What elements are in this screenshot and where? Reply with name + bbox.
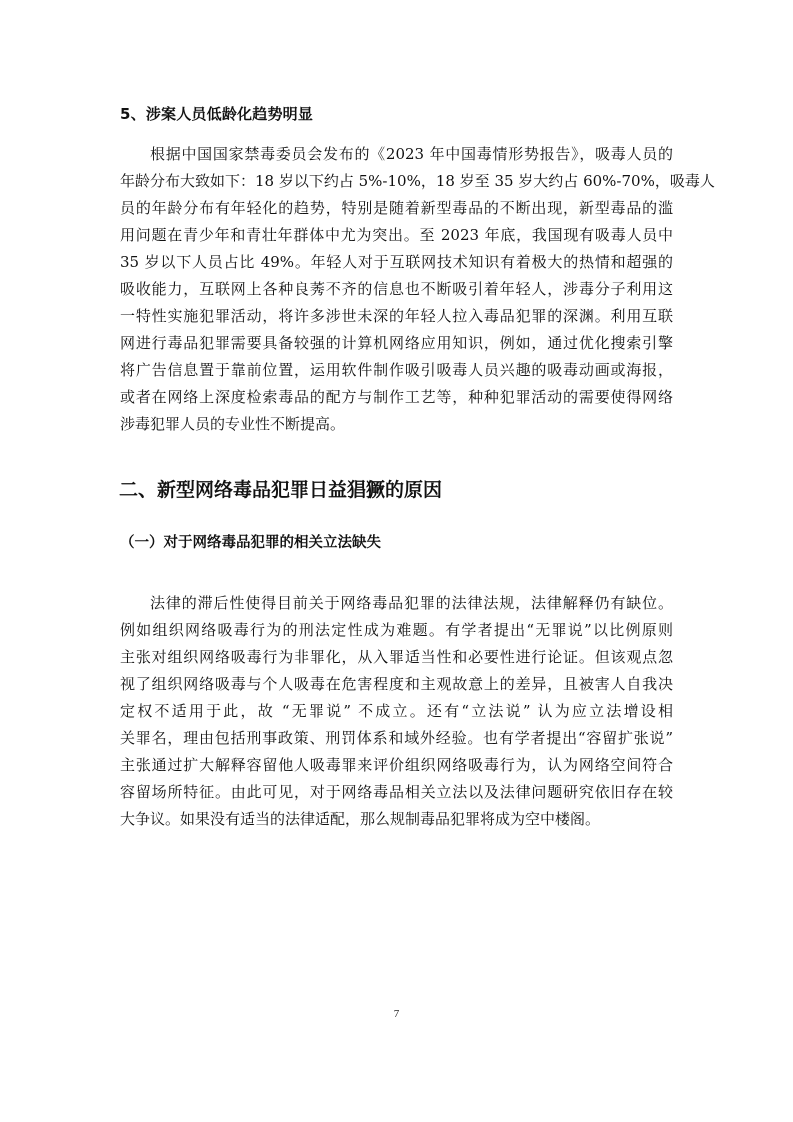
paragraph-legislation-gap: 法律的滞后性使得目前关于网络毒品犯罪的法律法规，法律解释仍有缺位。 例如组织网络…: [120, 590, 673, 833]
paragraph-line: 主张对组织网络吸毒行为非罪化，从入罪适当性和必要性进行论证。但该观点忽: [120, 644, 673, 671]
paragraph-line: 35 岁以下人员占比 49%。年轻人对于互联网技术知识有着极大的热情和超强的: [120, 249, 673, 276]
paragraph-line: 或者在网络上深度检索毒品的配方与制作工艺等，种种犯罪活动的需要使得网络: [120, 384, 673, 411]
paragraph-line: 主张通过扩大解释容留他人吸毒罪来评价组织网络吸毒行为，认为网络空间符合: [120, 752, 673, 779]
paragraph-line: 大争议。如果没有适当的法律适配，那么规制毒品犯罪将成为空中楼阁。: [120, 806, 673, 833]
page-number: 7: [0, 1008, 793, 1020]
paragraph-line: 定权不适用于此，故 “无罪说” 不成立。还有“立法说” 认为应立法增设相: [120, 698, 673, 725]
paragraph-line: 将广告信息置于靠前位置，运用软件制作吸引吸毒人员兴趣的吸毒动画或海报，: [120, 357, 673, 384]
paragraph-line: 用问题在青少年和青壮年群体中尤为突出。至 2023 年底，我国现有吸毒人员中: [120, 222, 673, 249]
paragraph-line: 一特性实施犯罪活动，将许多涉世未深的年轻人拉入毒品犯罪的深渊。利用互联: [120, 303, 673, 330]
subheading-legislation-gap: （一）对于网络毒品犯罪的相关立法缺失: [120, 533, 381, 553]
subheading-age-trend: 5、涉案人员低龄化趋势明显: [120, 104, 313, 124]
paragraph-line: 视了组织网络吸毒与个人吸毒在危害程度和主观故意上的差异，且被害人自我决: [120, 671, 673, 698]
document-page: 5、涉案人员低龄化趋势明显 根据中国国家禁毒委员会发布的《2023 年中国毒情形…: [0, 0, 793, 1122]
paragraph-line: 根据中国国家禁毒委员会发布的《2023 年中国毒情形势报告》，吸毒人员的: [120, 141, 673, 168]
paragraph-line: 网进行毒品犯罪需要具备较强的计算机网络应用知识，例如，通过优化搜索引擎: [120, 330, 673, 357]
paragraph-line: 容留场所特征。由此可见，对于网络毒品相关立法以及法律问题研究依旧存在较: [120, 779, 673, 806]
paragraph-line: 吸收能力，互联网上各种良莠不齐的信息也不断吸引着年轻人，涉毒分子利用这: [120, 276, 673, 303]
paragraph-age-trend: 根据中国国家禁毒委员会发布的《2023 年中国毒情形势报告》，吸毒人员的 年龄分…: [120, 141, 673, 438]
section-heading-causes: 二、新型网络毒品犯罪日益猖獗的原因: [119, 477, 442, 503]
paragraph-line: 例如组织网络吸毒行为的刑法定性成为难题。有学者提出“无罪说”以比例原则: [120, 617, 673, 644]
paragraph-line: 关罪名，理由包括刑事政策、刑罚体系和域外经验。也有学者提出“容留扩张说”: [120, 725, 673, 752]
paragraph-line: 法律的滞后性使得目前关于网络毒品犯罪的法律法规，法律解释仍有缺位。: [120, 590, 673, 617]
paragraph-line: 涉毒犯罪人员的专业性不断提高。: [120, 411, 673, 438]
paragraph-line: 员的年龄分布有年轻化的趋势，特别是随着新型毒品的不断出现，新型毒品的滥: [120, 195, 673, 222]
paragraph-line: 年龄分布大致如下：18 岁以下约占 5%-10%，18 岁至 35 岁大约占 6…: [120, 168, 673, 195]
